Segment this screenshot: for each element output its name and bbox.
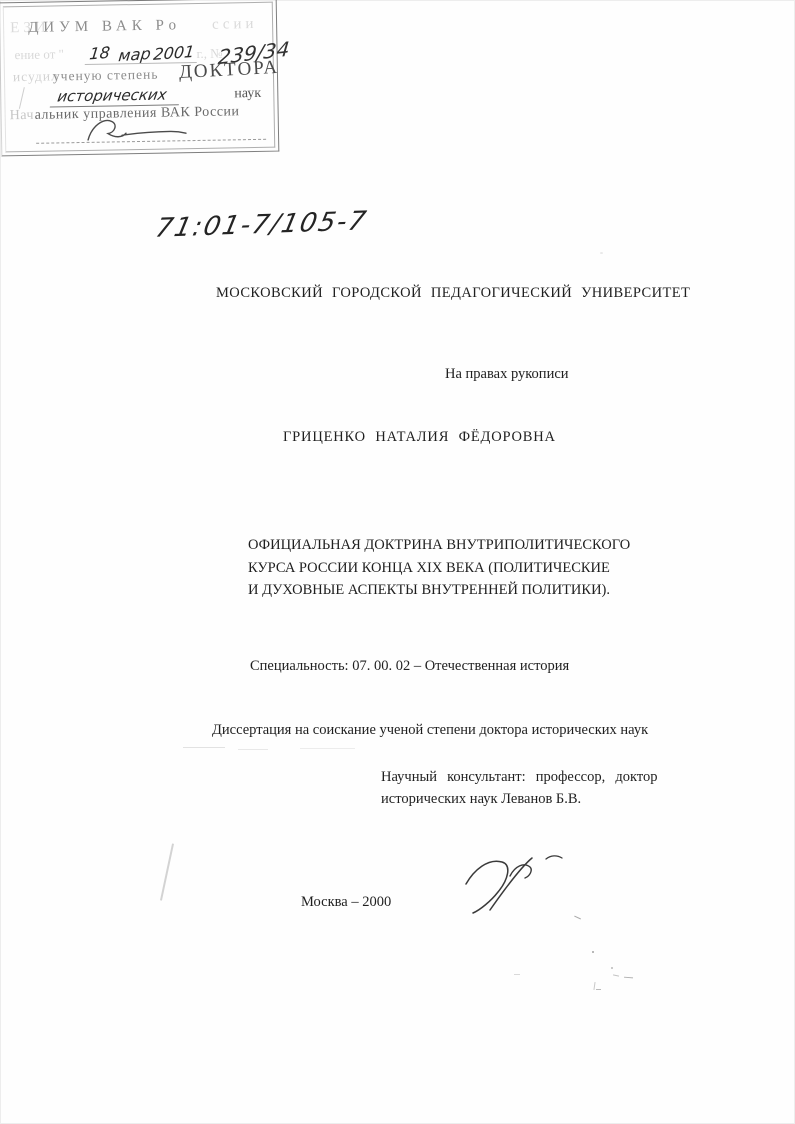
dissertation-note: Диссертация на соискание ученой степени …	[212, 722, 648, 739]
stamp-degree-text: ученую степень	[53, 67, 159, 85]
dissertation-title: ОФИЦИАЛЬНАЯ ДОКТРИНА ВНУТРИПОЛИТИЧЕСКОГО…	[248, 534, 630, 602]
manuscript-rights-note: На правах рукописи	[445, 366, 569, 383]
stamp-official-prefix: Нач	[10, 108, 35, 124]
handwritten-catalog-number: 71:01-7/105-7	[153, 206, 370, 244]
city-year: Москва – 2000	[301, 894, 391, 911]
stamp-org-text: ДИУМ ВАК Ро	[28, 17, 181, 37]
ink-speck	[600, 252, 603, 254]
ink-speck	[624, 977, 633, 979]
title-line-2: КУРСА РОССИИ КОНЦА XIX ВЕКА (ПОЛИТИЧЕСКИ…	[248, 557, 630, 580]
stamp-degree-word: ДОКТОРА	[178, 57, 279, 84]
title-line-1: ОФИЦИАЛЬНАЯ ДОКТРИНА ВНУТРИПОЛИТИЧЕСКОГО	[248, 534, 630, 557]
stamp-worn-dash	[238, 749, 268, 750]
stamp-organization-line: ЕЗИ ДИУМ ВАК Ро ссии	[0, 16, 276, 41]
stamp-worn-dash	[183, 747, 225, 748]
reviewer-signature	[452, 842, 572, 920]
ink-slash	[160, 843, 174, 900]
author-name: ГРИЦЕНКО НАТАЛИЯ ФЁДОРОВНА	[283, 429, 556, 446]
stamp-degree-line: исудил ученую степень ДОКТОРА	[1, 61, 277, 86]
consultant-line-2: исторических наук Леванов Б.В.	[381, 791, 581, 808]
ink-speck	[574, 916, 581, 920]
ink-slash	[19, 87, 25, 109]
ink-speck	[611, 967, 613, 969]
ink-speck	[592, 951, 594, 953]
consultant-line-1: Научный консультант: профессор, доктор	[381, 769, 657, 786]
ink-speck	[596, 989, 601, 990]
stamp-field-suffix: наук	[234, 86, 261, 102]
ink-speck	[514, 974, 520, 975]
scanned-title-page: 71:01-7/105-7 МОСКОВСКИЙ ГОРОДСКОЙ ПЕДАГ…	[0, 0, 795, 1124]
stamp-decision-label: ение от "	[14, 46, 64, 63]
university-name: МОСКОВСКИЙ ГОРОДСКОЙ ПЕДАГОГИЧЕСКИЙ УНИВ…	[216, 285, 690, 302]
official-signature	[82, 112, 193, 144]
vak-approval-stamp: ЕЗИ ДИУМ ВАК Ро ссии ение от " 18 мар 20…	[0, 0, 279, 156]
handwritten-day: 18	[88, 43, 111, 63]
stamp-org-tail: ссии	[212, 16, 258, 34]
stamp-worn-dash	[300, 748, 355, 749]
specialty-line: Специальность: 07. 00. 02 – Отечественна…	[250, 658, 569, 675]
title-line-3: И ДУХОВНЫЕ АСПЕКТЫ ВНУТРЕННЕЙ ПОЛИТИКИ).	[248, 579, 630, 602]
ink-speck	[613, 974, 619, 977]
handwritten-field: исторических	[50, 85, 182, 107]
